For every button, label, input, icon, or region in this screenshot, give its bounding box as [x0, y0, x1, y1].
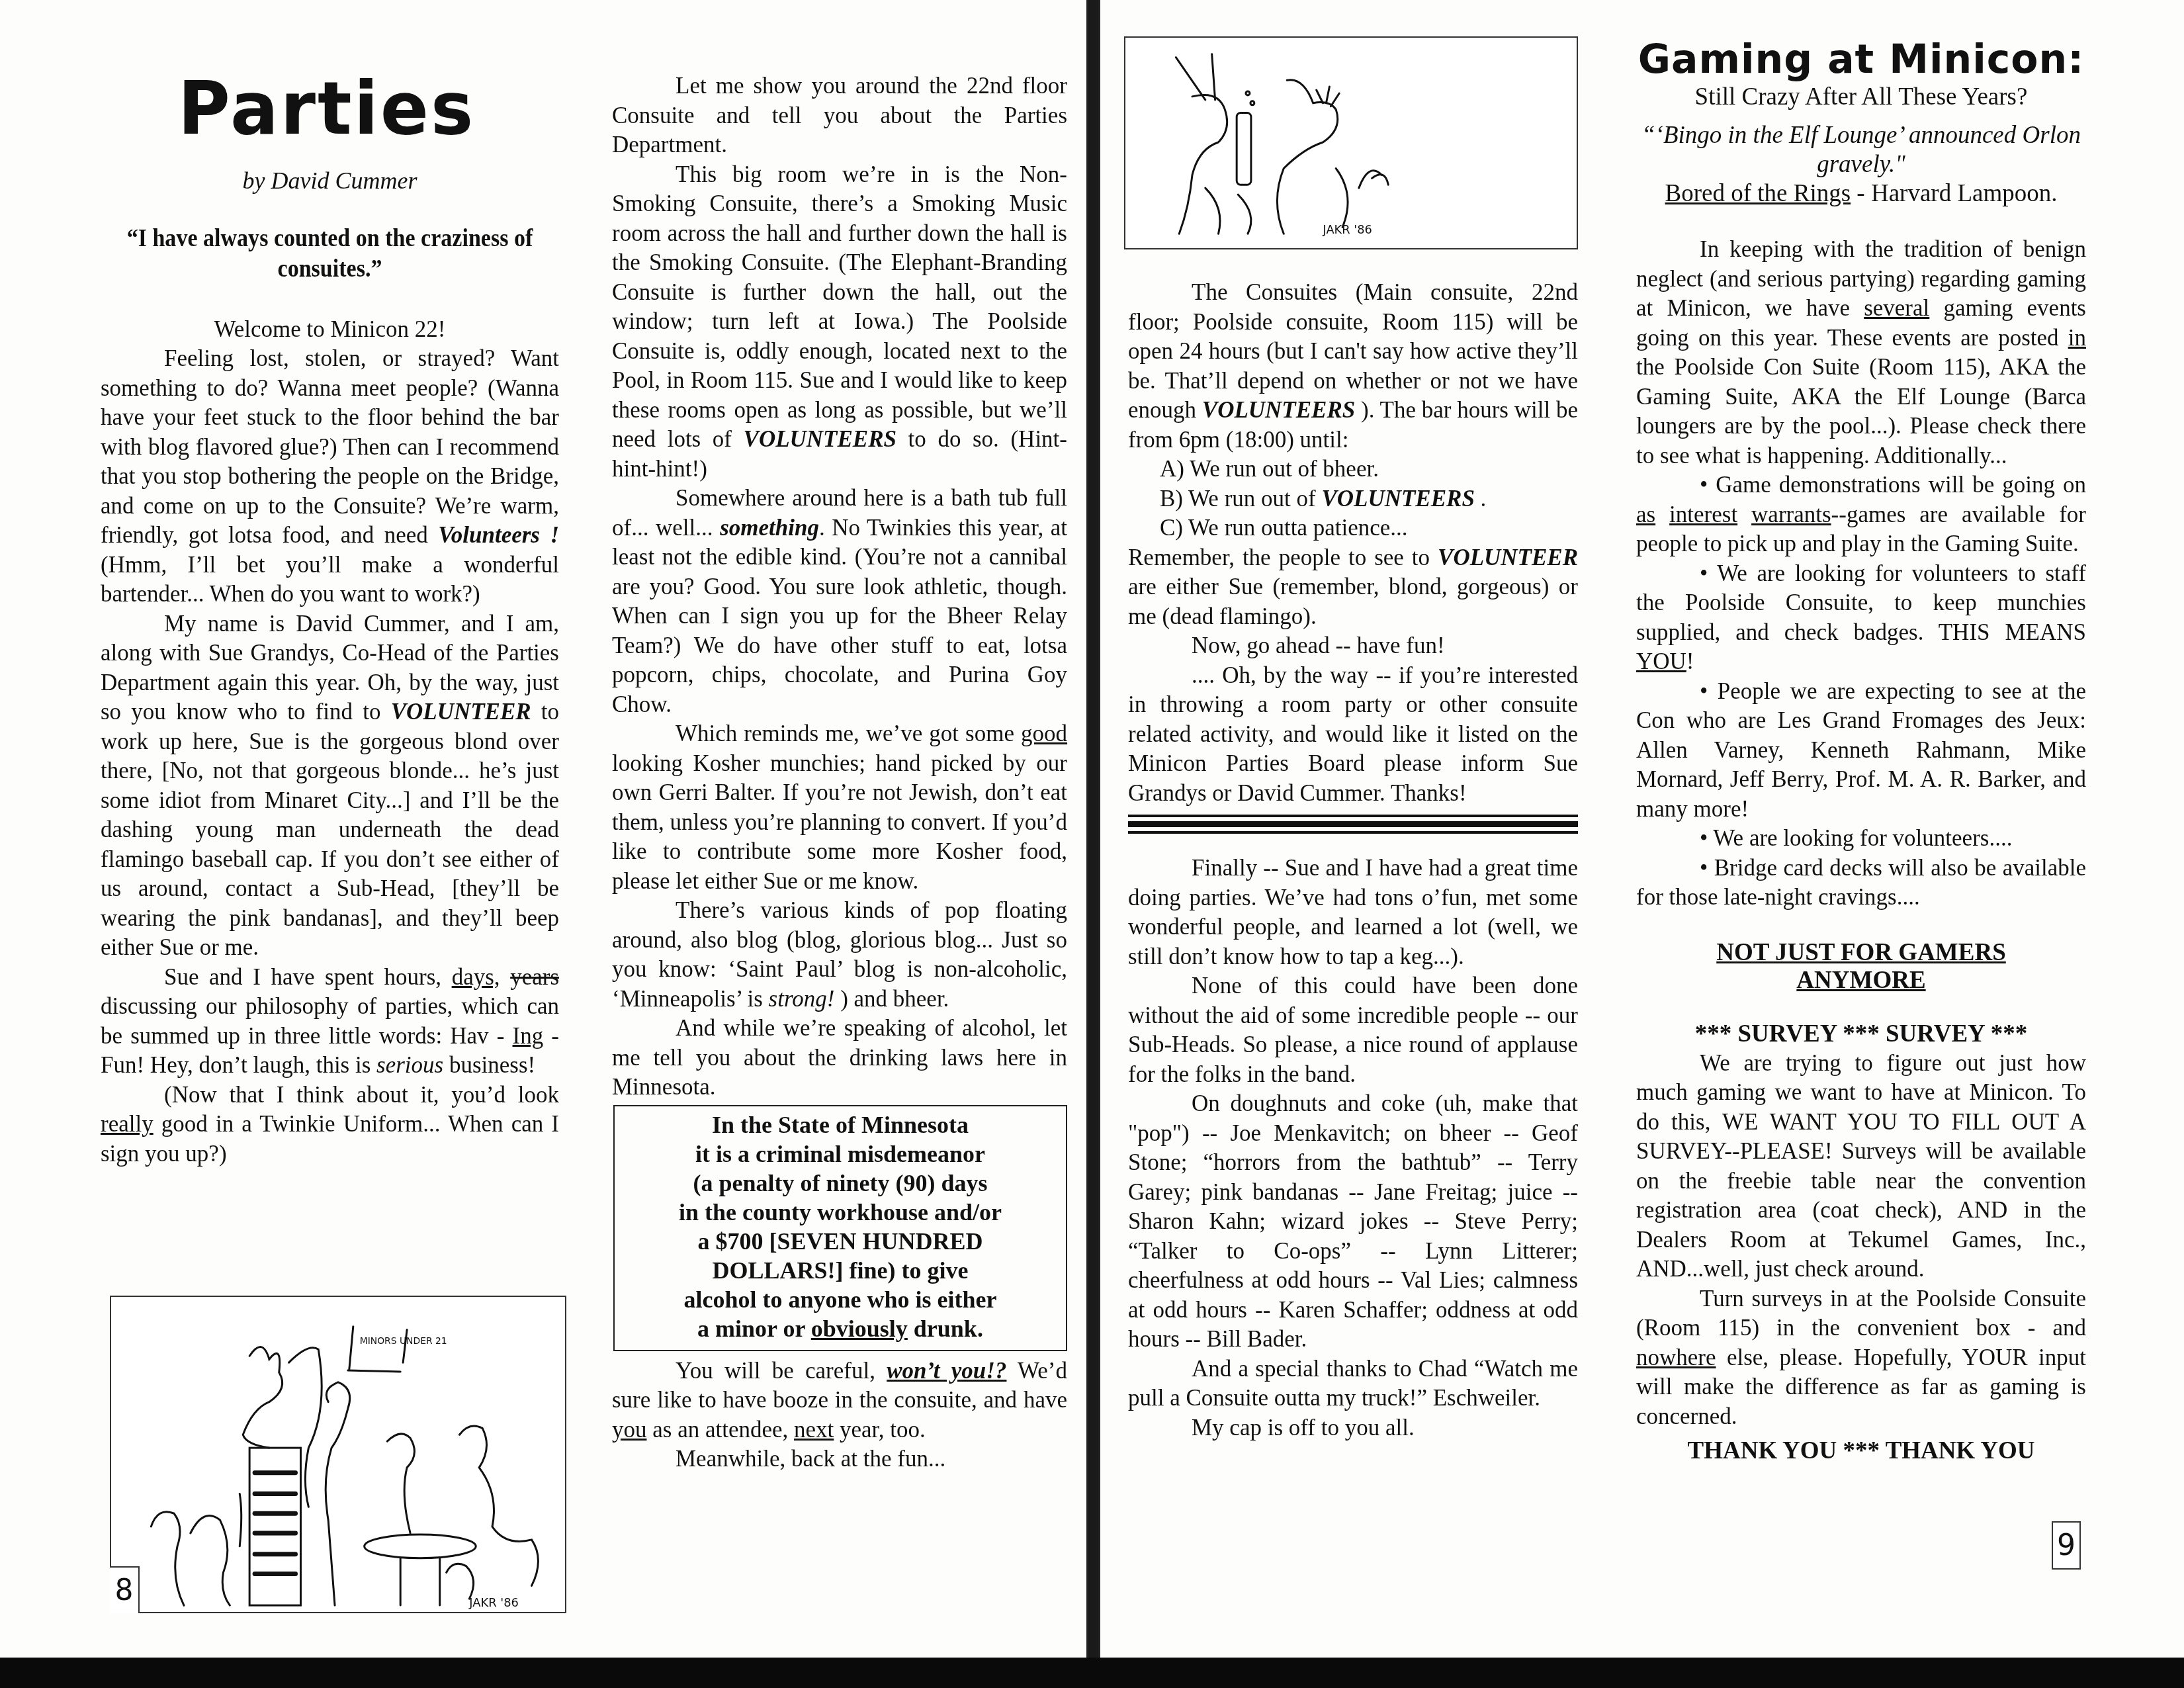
svg-text:MINORS UNDER 21: MINORS UNDER 21: [360, 1336, 447, 1347]
bullet-item: • Game demonstrations will be going on a…: [1636, 470, 2086, 559]
demons-at-bar-drawing: MINORS UNDER 21 JAKR '86: [111, 1297, 565, 1612]
bullet-item: • We are looking for volunteers to staff…: [1636, 559, 2086, 677]
epigraph-quote: “‘Bingo in the Elf Lounge’ announced Orl…: [1636, 121, 2086, 179]
paragraph: Finally -- Sue and I have had a great ti…: [1128, 854, 1578, 971]
column-2: Let me show you around the 22nd floor Co…: [612, 71, 1067, 1474]
section-heading: NOT JUST FOR GAMERS ANYMORE: [1636, 939, 2086, 995]
paragraph: Let me show you around the 22nd floor Co…: [612, 71, 1067, 160]
paragraph: The Consuites (Main consuite, 22nd floor…: [1128, 278, 1578, 455]
paragraph: We are trying to figure out just how muc…: [1636, 1049, 2086, 1284]
article-title: Parties: [94, 69, 559, 150]
paragraph: .... Oh, by the way -- if you’re interes…: [1128, 661, 1578, 809]
gaming-article-title: Gaming at Minicon:: [1636, 36, 2086, 83]
page-number-8: 8: [110, 1566, 140, 1613]
paragraph: My name is David Cummer, and I am, along…: [101, 609, 559, 963]
section-divider: [1128, 815, 1578, 834]
bar-hours-option-b: B) We run out of VOLUNTEERS .: [1128, 484, 1578, 514]
paragraph: Somewhere around here is a bath tub full…: [612, 484, 1067, 719]
bar-hours-option-a: A) We run out of bheer.: [1128, 455, 1578, 484]
paragraph: Now, go ahead -- have fun!: [1128, 631, 1578, 661]
column-1: Parties by David Cummer “I have always c…: [101, 69, 559, 1169]
scan-bottom-edge: [0, 1658, 2184, 1688]
paragraph: There’s various kinds of pop floating ar…: [612, 896, 1067, 1014]
pull-quote: “I have always counted on the craziness …: [119, 224, 541, 285]
epigraph-citation: Bored of the Rings - Harvard Lampoon.: [1636, 179, 2086, 208]
paragraph: And a special thanks to Chad “Watch me p…: [1128, 1355, 1578, 1413]
bar-hours-option-c: C) We run outta patience...: [1128, 513, 1578, 543]
paragraph: Turn surveys in at the Poolside Consuite…: [1636, 1284, 2086, 1432]
survey-heading: *** SURVEY *** SURVEY ***: [1636, 1020, 2086, 1049]
column-3: The Consuites (Main consuite, 22nd floor…: [1128, 278, 1578, 1443]
bullet-item: • Bridge card decks will also be availab…: [1636, 854, 2086, 912]
bullet-item: • People we are expecting to see at the …: [1636, 677, 2086, 824]
paragraph: Remember, the people to see to VOLUNTEER…: [1128, 543, 1578, 632]
magazine-spread: Parties by David Cummer “I have always c…: [0, 0, 2184, 1688]
welcome-line: Welcome to Minicon 22!: [101, 315, 559, 345]
paragraph: Feeling lost, stolen, or strayed? Want s…: [101, 344, 559, 609]
cartoon-drinking-demons-illustration: JAKR '86: [1124, 36, 1578, 249]
paragraph: Which reminds me, we’ve got some good lo…: [612, 719, 1067, 896]
paragraph: Meanwhile, back at the fun...: [612, 1444, 1067, 1474]
paragraph: Sue and I have spent hours, days, years …: [101, 963, 559, 1081]
byline: by David Cummer: [101, 166, 559, 196]
binding-gutter: [1088, 0, 1098, 1658]
page-number-9: 9: [2052, 1521, 2081, 1570]
svg-text:JAKR '86: JAKR '86: [468, 1596, 519, 1610]
column-4: Gaming at Minicon: Still Crazy After All…: [1636, 36, 2086, 1466]
two-demons-with-bottle-drawing: JAKR '86: [1125, 38, 1577, 248]
paragraph: On doughnuts and coke (uh, make that "po…: [1128, 1089, 1578, 1355]
paragraph: None of this could have been done withou…: [1128, 971, 1578, 1089]
cartoon-bar-illustration: MINORS UNDER 21 JAKR '86: [110, 1296, 566, 1613]
page-left: Parties by David Cummer “I have always c…: [0, 0, 1088, 1658]
paragraph: (Now that I think about it, you’d look r…: [101, 1081, 559, 1169]
minnesota-law-box: In the State of Minnesota it is a crimin…: [613, 1105, 1067, 1351]
bullet-item: • We are looking for volunteers....: [1636, 824, 2086, 854]
thank-you-footer: THANK YOU *** THANK YOU: [1636, 1437, 2086, 1466]
paragraph: And while we’re speaking of alcohol, let…: [612, 1014, 1067, 1102]
paragraph: My cap is off to you all.: [1128, 1413, 1578, 1443]
paragraph: In keeping with the tradition of benign …: [1636, 235, 2086, 470]
paragraph: You will be careful, won’t you!? We’d su…: [612, 1356, 1067, 1445]
svg-text:JAKR '86: JAKR '86: [1323, 224, 1372, 237]
gaming-subtitle: Still Crazy After All These Years?: [1636, 83, 2086, 112]
paragraph: This big room we’re in is the Non-Smokin…: [612, 160, 1067, 484]
